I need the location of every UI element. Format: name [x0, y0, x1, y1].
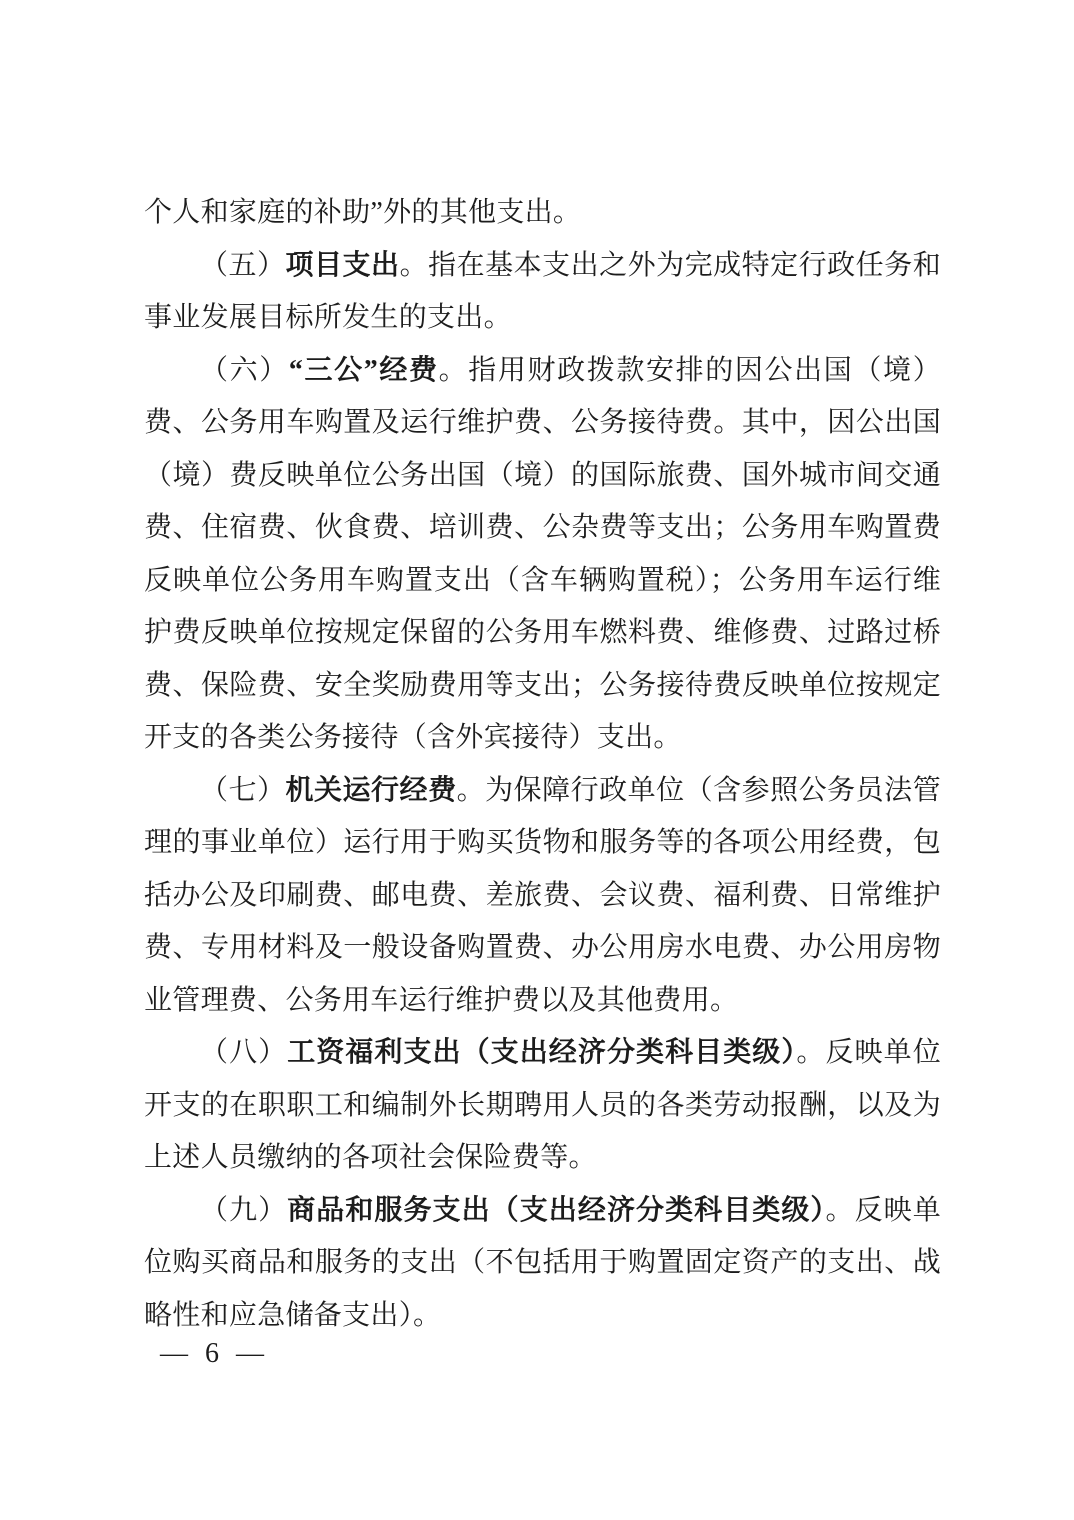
body-paragraph: 个人和家庭的补助”外的其他支出。: [144, 187, 941, 240]
body-paragraph: （九）商品和服务支出（支出经济分类科目类级）。反映单位购买商品和服务的支出（不包…: [144, 1185, 941, 1343]
term-emphasis: “三公”经费: [289, 355, 439, 386]
body-paragraph: （七）机关运行经费。为保障行政单位（含参照公务员法管理的事业单位）运行用于购买货…: [144, 765, 941, 1028]
body-text: （九）: [200, 1195, 287, 1226]
body-text: 个人和家庭的补助”外的其他支出。: [144, 197, 581, 228]
body-text: 。指用财政拨款安排的因公出国（境）费、公务用车购置及运行维护费、公务接待费。其中…: [144, 355, 941, 754]
body-text: 。为保障行政单位（含参照公务员法管理的事业单位）运行用于购买货物和服务等的各项公…: [144, 775, 941, 1016]
page-number: — 6 —: [160, 1339, 269, 1369]
term-emphasis: 机关运行经费: [286, 775, 457, 806]
term-emphasis: 商品和服务支出（支出经济分类科目类级）: [287, 1195, 825, 1226]
document-body: 个人和家庭的补助”外的其他支出。（五）项目支出。指在基本支出之外为完成特定行政任…: [144, 187, 941, 1342]
body-paragraph: （八）工资福利支出（支出经济分类科目类级）。反映单位开支的在职职工和编制外长期聘…: [144, 1027, 941, 1185]
body-text: （八）: [200, 1037, 287, 1068]
body-text: （五）: [200, 250, 286, 281]
body-paragraph: （五）项目支出。指在基本支出之外为完成特定行政任务和事业发展目标所发生的支出。: [144, 240, 941, 345]
body-text: （六）: [200, 355, 289, 386]
body-text: （七）: [200, 775, 286, 806]
document-page: 个人和家庭的补助”外的其他支出。（五）项目支出。指在基本支出之外为完成特定行政任…: [0, 0, 1074, 1520]
term-emphasis: 项目支出: [286, 250, 400, 281]
term-emphasis: 工资福利支出（支出经济分类科目类级）: [287, 1037, 796, 1068]
body-paragraph: （六）“三公”经费。指用财政拨款安排的因公出国（境）费、公务用车购置及运行维护费…: [144, 345, 941, 765]
